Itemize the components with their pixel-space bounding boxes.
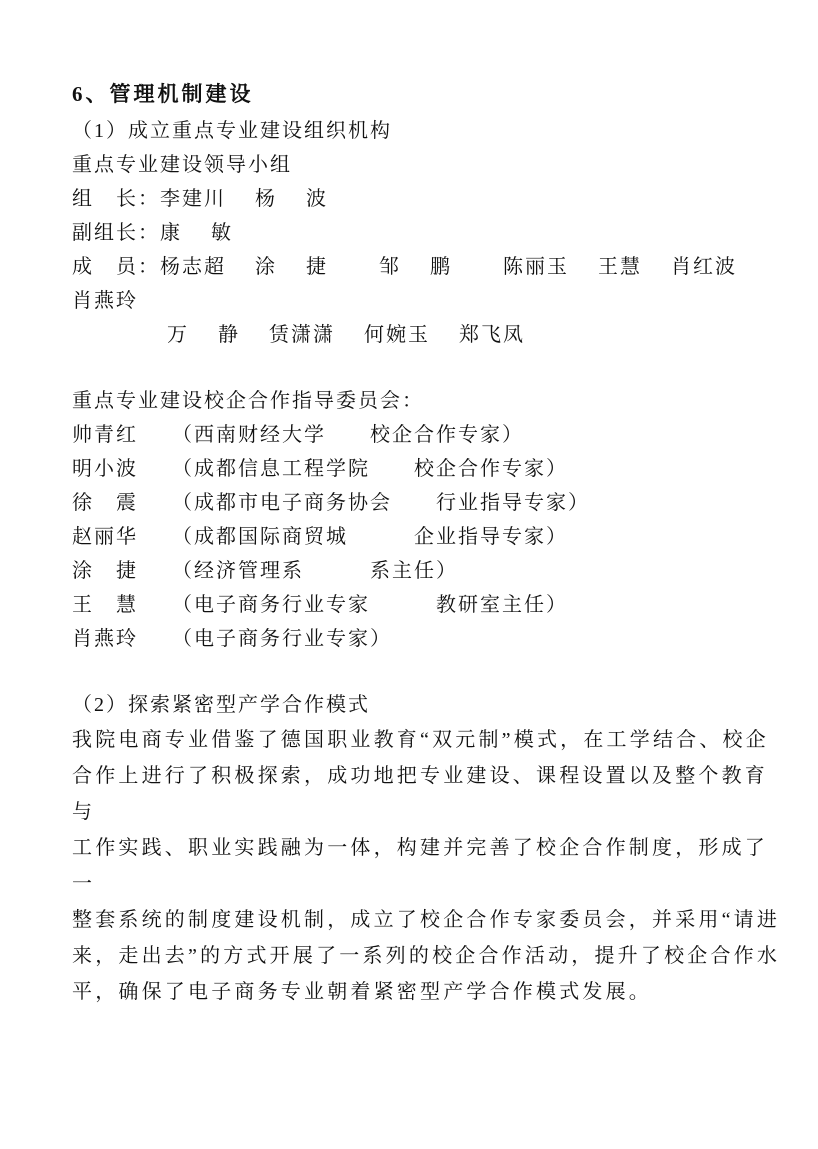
committee-member-affiliation: （电子商务行业专家 教研室主任） (172, 588, 568, 622)
committee-member-affiliation: （成都市电子商务协会 行业指导专家） (172, 486, 590, 520)
committee-row: 明小波 （成都信息工程学院 校企合作专家） (72, 452, 788, 486)
committee-row: 涂 捷 （经济管理系 系主任） (72, 554, 788, 588)
paragraph-line: 平，确保了电子商务专业朝着紧密型产学合作模式发展。 (72, 974, 788, 1010)
paragraph-line: 整套系统的制度建设机制，成立了校企合作专家委员会，并采用“请进 (72, 902, 788, 938)
deputy-leader-line: 副组长：康 敏 (72, 216, 788, 250)
committee-member-name: 涂 捷 (72, 554, 172, 588)
paragraph-line: 我院电商专业借鉴了德国职业教育“双元制”模式，在工学结合、校企 (72, 722, 788, 758)
committee-member-name: 明小波 (72, 452, 172, 486)
committee-row: 徐 震 （成都市电子商务协会 行业指导专家） (72, 486, 788, 520)
committee-title: 重点专业建设校企合作指导委员会： (72, 384, 788, 418)
blank-line (72, 352, 788, 384)
committee-member-affiliation: （经济管理系 系主任） (172, 554, 458, 588)
members-line-2: 肖燕玲 (72, 284, 788, 318)
members-line-1: 成 员：杨志超 涂 捷 邹 鹏 陈丽玉 王慧 肖红波 (72, 250, 788, 284)
committee-member-affiliation: （成都国际商贸城 企业指导专家） (172, 520, 568, 554)
committee-member-name: 帅青红 (72, 418, 172, 452)
paragraph-line: 工作实践、职业实践融为一体，构建并完善了校企合作制度，形成了一 (72, 830, 788, 902)
blank-line (72, 656, 788, 688)
committee-row: 王 慧 （电子商务行业专家 教研室主任） (72, 588, 788, 622)
leader-line: 组 长：李建川 杨 波 (72, 182, 788, 216)
paragraph-line: 来，走出去”的方式开展了一系列的校企合作活动，提升了校企合作水 (72, 938, 788, 974)
subsection-1-title: （1）成立重点专业建设组织机构 (72, 114, 788, 148)
committee-member-name: 王 慧 (72, 588, 172, 622)
committee-row: 赵丽华 （成都国际商贸城 企业指导专家） (72, 520, 788, 554)
paragraph-line: 合作上进行了积极探索，成功地把专业建设、课程设置以及整个教育与 (72, 758, 788, 830)
committee-member-affiliation: （电子商务行业专家） (172, 622, 392, 656)
body-paragraph: 我院电商专业借鉴了德国职业教育“双元制”模式，在工学结合、校企 合作上进行了积极… (72, 722, 788, 1010)
committee-member-affiliation: （西南财经大学 校企合作专家） (172, 418, 524, 452)
committee-member-name: 肖燕玲 (72, 622, 172, 656)
committee-member-affiliation: （成都信息工程学院 校企合作专家） (172, 452, 568, 486)
section-heading: 6、管理机制建设 (72, 74, 788, 114)
members-line-3: 万 静 赁潇潇 何婉玉 郑飞凤 (72, 318, 788, 352)
document-page: 6、管理机制建设 （1）成立重点专业建设组织机构 重点专业建设领导小组 组 长：… (0, 0, 818, 1149)
subsection-2-title: （2）探索紧密型产学合作模式 (72, 688, 788, 722)
committee-row: 肖燕玲 （电子商务行业专家） (72, 622, 788, 656)
committee-row: 帅青红 （西南财经大学 校企合作专家） (72, 418, 788, 452)
committee-member-name: 赵丽华 (72, 520, 172, 554)
committee-member-name: 徐 震 (72, 486, 172, 520)
leading-group-title: 重点专业建设领导小组 (72, 148, 788, 182)
